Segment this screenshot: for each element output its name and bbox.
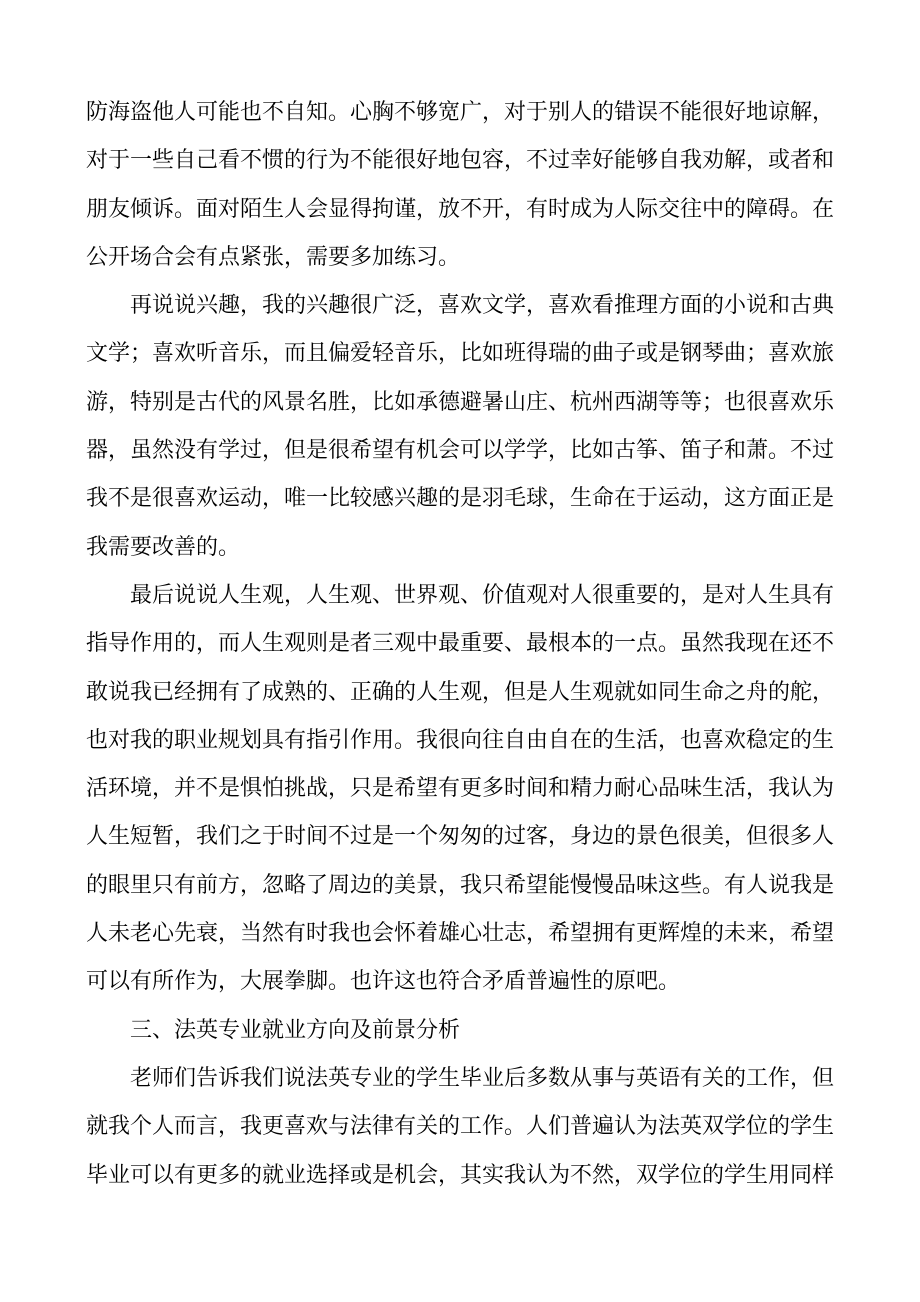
text-line: 人未老心先衰，当然有时我也会怀着雄心壮志，希望拥有更辉煌的未来，希望 xyxy=(86,909,876,957)
text-line: 敢说我已经拥有了成熟的、正确的人生观，但是人生观就如同生命之舟的舵， xyxy=(86,668,876,716)
text-line: 文学；喜欢听音乐，而且偏爱轻音乐，比如班得瑞的曲子或是钢琴曲；喜欢旅 xyxy=(86,329,876,377)
document-text-block: 防海盗他人可能也不自知。心胸不够宽广，对于别人的错误不能很好地谅解，对于一些自己… xyxy=(86,88,876,1199)
section-heading: 三、法英专业就业方向及前景分析 xyxy=(86,1006,876,1054)
text-line: 就我个人而言，我更喜欢与法律有关的工作。人们普遍认为法英双学位的学生 xyxy=(86,1102,876,1150)
text-line: 器，虽然没有学过，但是很希望有机会可以学学，比如古筝、笛子和萧。不过 xyxy=(86,426,876,474)
text-line: 指导作用的，而人生观则是者三观中最重要、最根本的一点。虽然我现在还不 xyxy=(86,619,876,667)
text-line: 朋友倾诉。面对陌生人会显得拘谨，放不开，有时成为人际交往中的障碍。在 xyxy=(86,185,876,233)
text-line: 可以有所作为，大展拳脚。也许这也符合矛盾普遍性的原吧。 xyxy=(86,957,876,1005)
document-page: 防海盗他人可能也不自知。心胸不够宽广，对于别人的错误不能很好地谅解，对于一些自己… xyxy=(0,0,920,1302)
text-line: 毕业可以有更多的就业选择或是机会，其实我认为不然，双学位的学生用同样 xyxy=(86,1151,876,1199)
text-line: 人生短暂，我们之于时间不过是一个匆匆的过客，身边的景色很美，但很多人 xyxy=(86,812,876,860)
text-line: 活环境，并不是惧怕挑战，只是希望有更多时间和精力耐心品味生活，我认为 xyxy=(86,764,876,812)
text-line: 游，特别是古代的风景名胜，比如承德避暑山庄、杭州西湖等等；也很喜欢乐 xyxy=(86,378,876,426)
text-line: 的眼里只有前方，忽略了周边的美景，我只希望能慢慢品味这些。有人说我是 xyxy=(86,861,876,909)
text-line: 我不是很喜欢运动，唯一比较感兴趣的是羽毛球，生命在于运动，这方面正是 xyxy=(86,474,876,522)
text-line: 最后说说人生观，人生观、世界观、价值观对人很重要的，是对人生具有 xyxy=(86,571,876,619)
text-line: 防海盗他人可能也不自知。心胸不够宽广，对于别人的错误不能很好地谅解， xyxy=(86,88,876,136)
text-line: 我需要改善的。 xyxy=(86,523,876,571)
text-line: 对于一些自己看不惯的行为不能很好地包容，不过幸好能够自我劝解，或者和 xyxy=(86,136,876,184)
text-line: 公开场合会有点紧张，需要多加练习。 xyxy=(86,233,876,281)
text-line: 再说说兴趣，我的兴趣很广泛，喜欢文学，喜欢看推理方面的小说和古典 xyxy=(86,281,876,329)
text-line: 老师们告诉我们说法英专业的学生毕业后多数从事与英语有关的工作，但 xyxy=(86,1054,876,1102)
text-line: 也对我的职业规划具有指引作用。我很向往自由自在的生活，也喜欢稳定的生 xyxy=(86,716,876,764)
